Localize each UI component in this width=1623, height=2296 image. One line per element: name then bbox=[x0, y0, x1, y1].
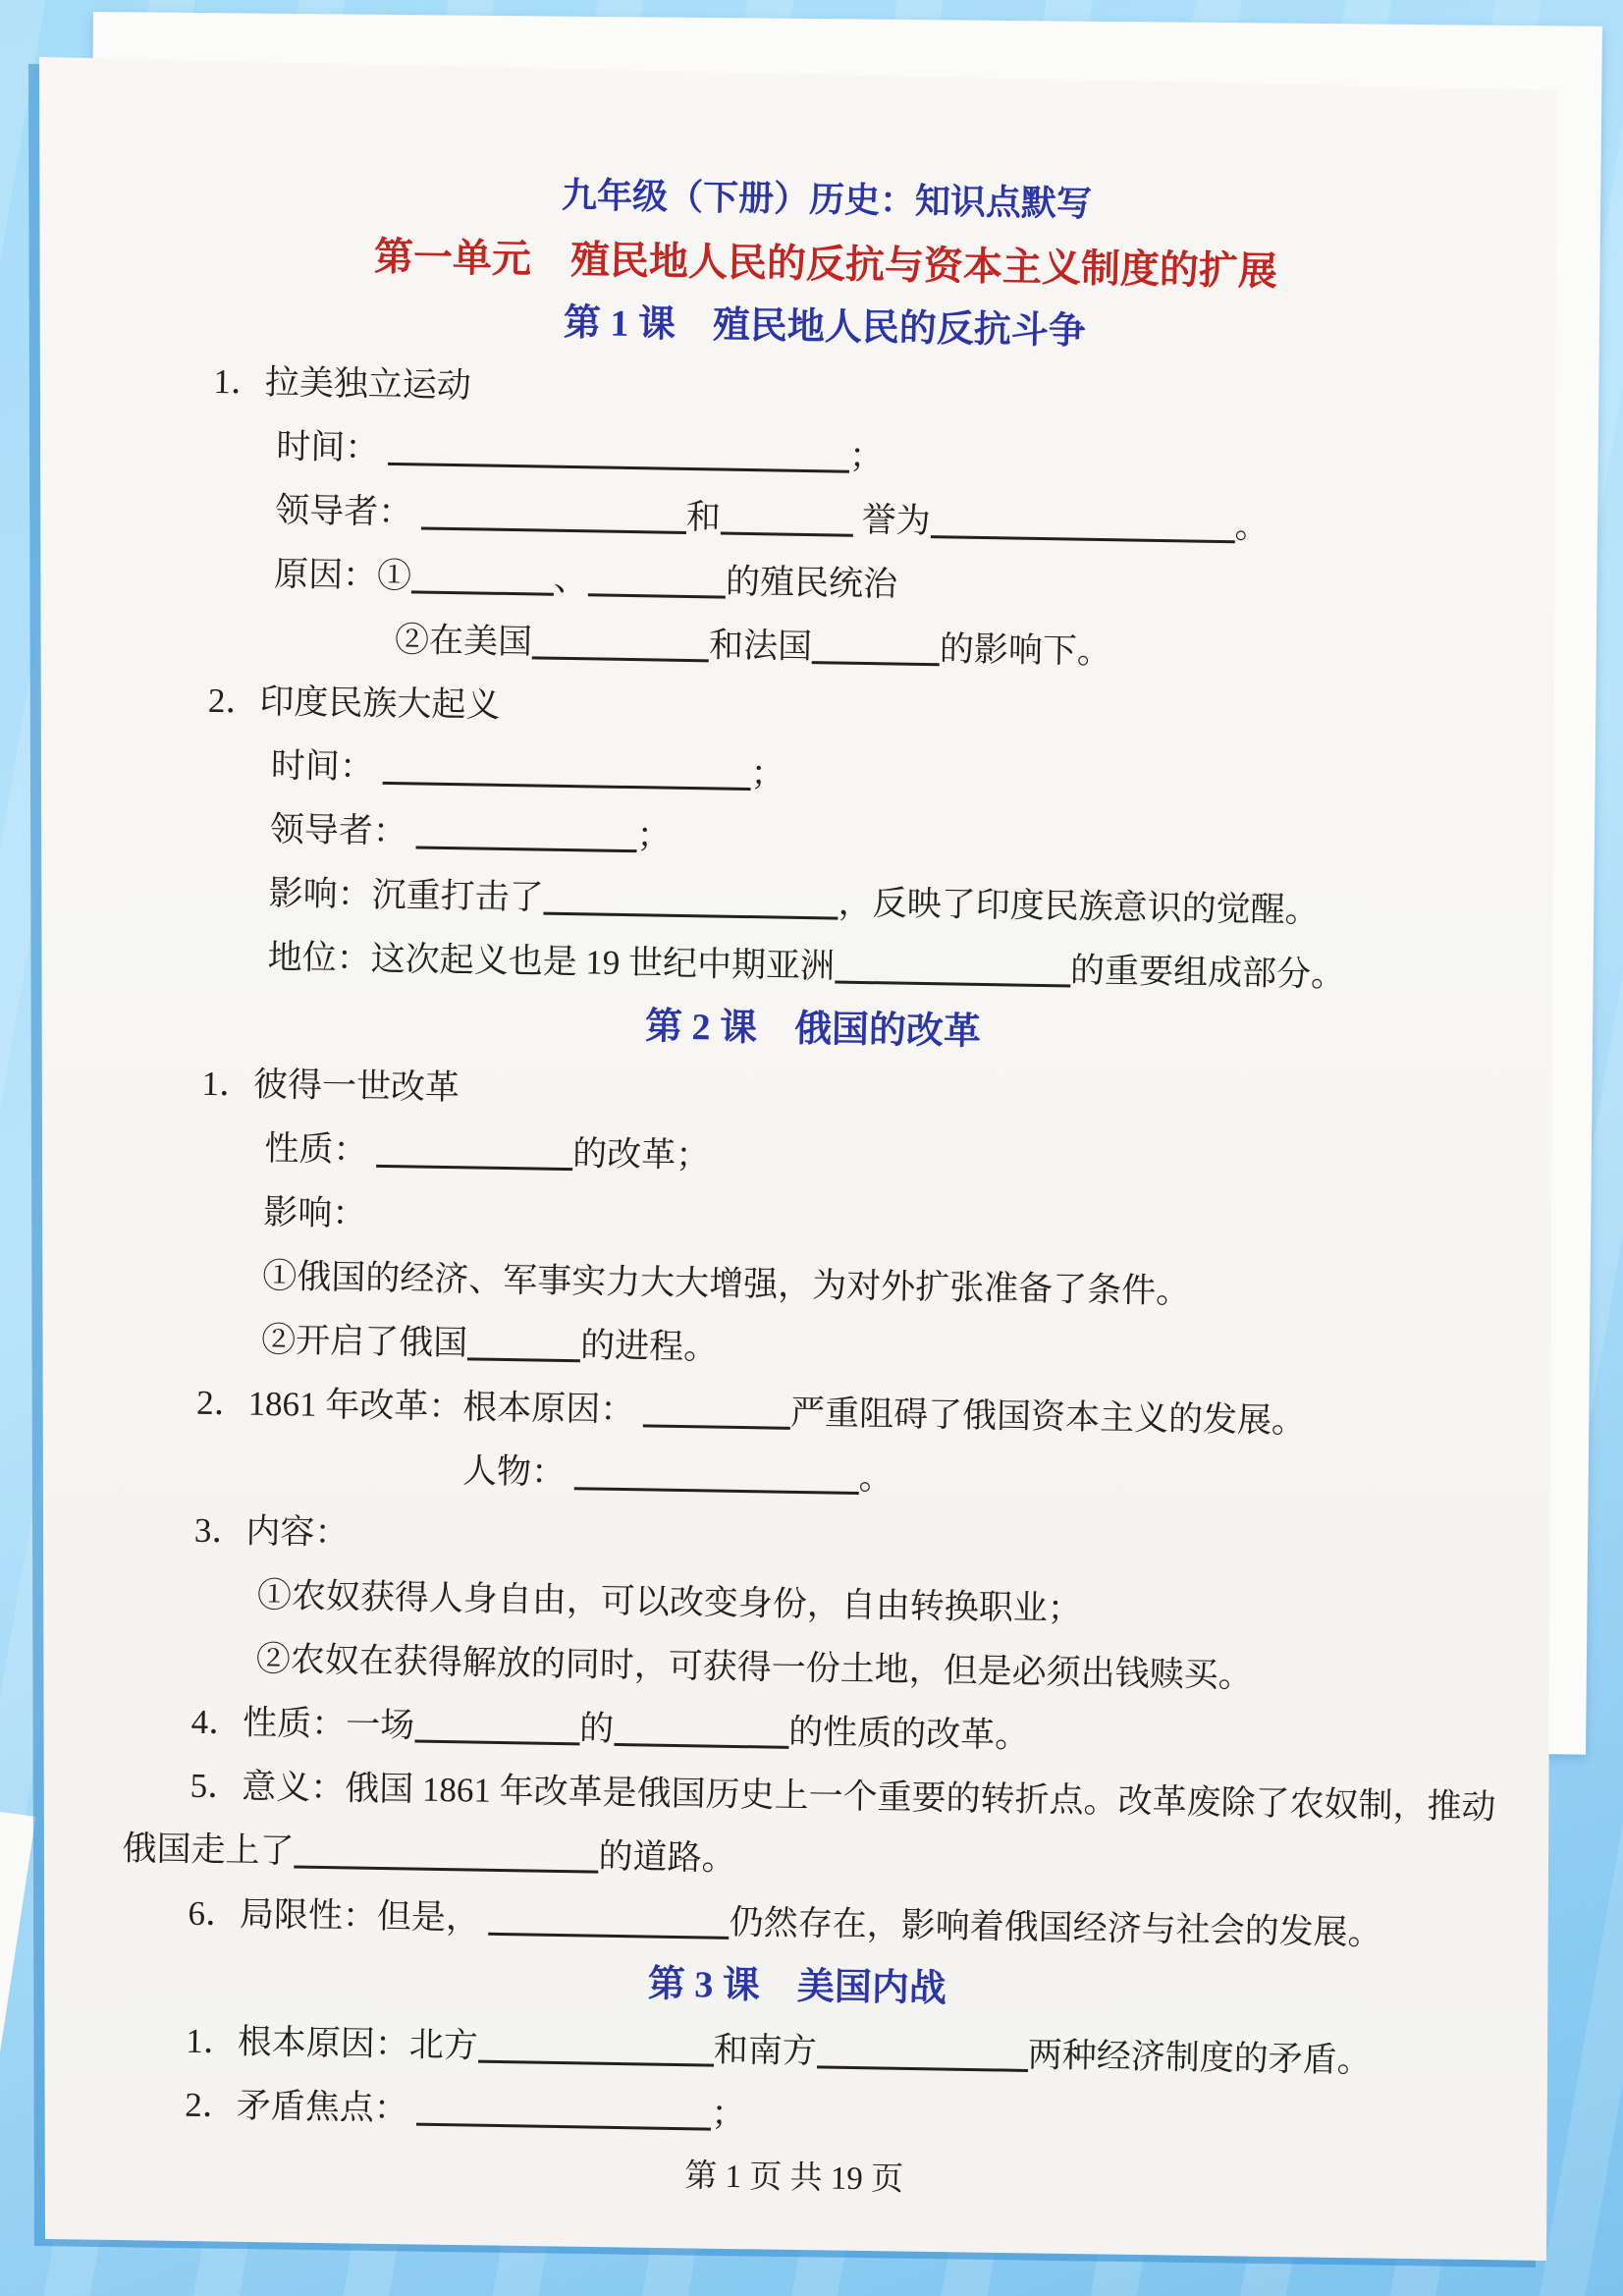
text-run: 人物： bbox=[462, 1451, 574, 1492]
fill-in-blank bbox=[415, 846, 636, 852]
text-run: 的性质的改革。 bbox=[788, 1713, 1030, 1755]
text-run: 的道路。 bbox=[598, 1837, 736, 1878]
fill-in-blank bbox=[573, 1487, 858, 1495]
text-run: 5．意义：俄国 1861 年改革是俄国历史上一个重要的转折点。改革废除了农奴制，… bbox=[189, 1767, 1495, 1827]
text-run: 时间： bbox=[271, 746, 383, 787]
fill-in-blank bbox=[532, 656, 709, 662]
text-run: 。 bbox=[1234, 507, 1270, 546]
text-run: 6．局限性：但是， bbox=[188, 1894, 489, 1938]
text-run: 和法国 bbox=[709, 626, 813, 666]
fill-in-blank bbox=[817, 2065, 1028, 2072]
fill-in-blank bbox=[488, 1933, 729, 1940]
fill-in-blank bbox=[414, 1740, 579, 1746]
worksheet-body: 九年级（下册）历史：知识点默写第一单元 殖民地人民的反抗与资本主义制度的扩展第 … bbox=[6, 47, 1558, 2222]
text-run: 的进程。 bbox=[580, 1326, 719, 1366]
worksheet-page: 九年级（下册）历史：知识点默写第一单元 殖民地人民的反抗与资本主义制度的扩展第 … bbox=[0, 0, 1623, 2296]
text-run: 的 bbox=[579, 1709, 615, 1748]
fill-in-blank bbox=[411, 590, 554, 595]
fill-in-blank bbox=[376, 1165, 572, 1171]
text-run: ； bbox=[750, 754, 785, 793]
text-run: 影响：沉重打击了 bbox=[268, 874, 544, 917]
text-run: 和 bbox=[686, 498, 722, 537]
text-run: 的影响下。 bbox=[940, 629, 1112, 671]
text-run: 、 bbox=[554, 560, 589, 599]
text-run: 两种经济制度的矛盾。 bbox=[1027, 2036, 1372, 2080]
text-run: ②在美国 bbox=[395, 621, 533, 661]
text-run: 俄国走上了 bbox=[122, 1830, 295, 1871]
text-run: ②开启了俄国 bbox=[261, 1321, 468, 1362]
text-run: 。 bbox=[858, 1458, 893, 1498]
text-run: 的重要组成部分。 bbox=[1070, 952, 1346, 995]
text-run: 领导者： bbox=[270, 810, 416, 850]
text-run: 影响： bbox=[263, 1193, 367, 1233]
fill-in-blank bbox=[614, 1743, 788, 1749]
fill-in-blank bbox=[812, 661, 940, 666]
text-run: 和南方 bbox=[713, 2031, 817, 2071]
text-run: ； bbox=[636, 816, 672, 855]
text-run: ； bbox=[849, 437, 885, 476]
fill-in-blank bbox=[416, 2123, 711, 2131]
fill-in-blank bbox=[721, 532, 853, 537]
text-run: 领导者： bbox=[275, 491, 421, 531]
fill-in-blank bbox=[643, 1424, 790, 1429]
text-run: 4．性质：一场 bbox=[190, 1703, 414, 1745]
text-run: 第 3 课 美国内战 bbox=[648, 1964, 947, 2010]
text-run: ②农奴在获得解放的同时，可获得一份土地，但是必须出钱赎买。 bbox=[255, 1640, 1253, 1695]
text-run: 第 1 页 共 19 页 bbox=[684, 2159, 903, 2198]
text-run: 1．拉美独立运动 bbox=[213, 362, 471, 405]
text-run: 2．印度民族大起义 bbox=[208, 682, 501, 725]
text-run: 第一单元 殖民地人民的反抗与资本主义制度的扩展 bbox=[374, 235, 1278, 294]
fill-in-blank bbox=[543, 912, 838, 920]
fill-in-blank bbox=[388, 463, 849, 473]
text-run: 1．根本原因：北方 bbox=[186, 2022, 478, 2065]
text-run: ，反映了印度民族意识的觉醒。 bbox=[838, 884, 1320, 930]
fill-in-blank bbox=[588, 593, 726, 598]
text-run: 3．内容： bbox=[194, 1511, 350, 1553]
text-run: ①农奴获得人身自由，可以改变身份，自由转换职业； bbox=[257, 1576, 1083, 1628]
fill-in-blank bbox=[467, 1357, 580, 1362]
text-run: 九年级（下册）历史：知识点默写 bbox=[562, 176, 1093, 224]
fill-in-blank bbox=[835, 981, 1070, 988]
text-run: 仍然存在，影响着俄国经济与社会的发展。 bbox=[729, 1903, 1382, 1952]
fill-in-blank bbox=[930, 535, 1234, 543]
text-run: 2．矛盾焦点： bbox=[185, 2086, 417, 2128]
text-run: ； bbox=[711, 2095, 746, 2134]
text-run: 时间： bbox=[276, 427, 388, 467]
text-run: 严重阻碍了俄国资本主义的发展。 bbox=[790, 1394, 1307, 1441]
text-run: 地位：这次起义也是 19 世纪中期亚洲 bbox=[267, 938, 835, 986]
text-run: 1．彼得一世改革 bbox=[201, 1065, 460, 1107]
text-run: 的改革； bbox=[572, 1134, 711, 1175]
text-run: ①俄国的经济、军事实力大大增强，为对外扩张准备了条件。 bbox=[262, 1257, 1191, 1311]
text-run: 第 2 课 俄国的改革 bbox=[645, 1006, 982, 1053]
text-run: 的殖民统治 bbox=[726, 563, 898, 604]
text-run: 性质： bbox=[264, 1129, 376, 1170]
fill-in-blank bbox=[382, 782, 750, 791]
text-run: 第 1 课 殖民地人民的反抗斗争 bbox=[564, 302, 1087, 353]
fill-in-blank bbox=[421, 526, 686, 533]
text-run: 原因：① bbox=[274, 555, 412, 595]
text-run: 誉为 bbox=[853, 501, 931, 540]
fill-in-blank bbox=[478, 2060, 714, 2067]
text-run: 2．1861 年改革：根本原因： bbox=[196, 1384, 644, 1430]
fill-in-blank bbox=[294, 1866, 598, 1874]
